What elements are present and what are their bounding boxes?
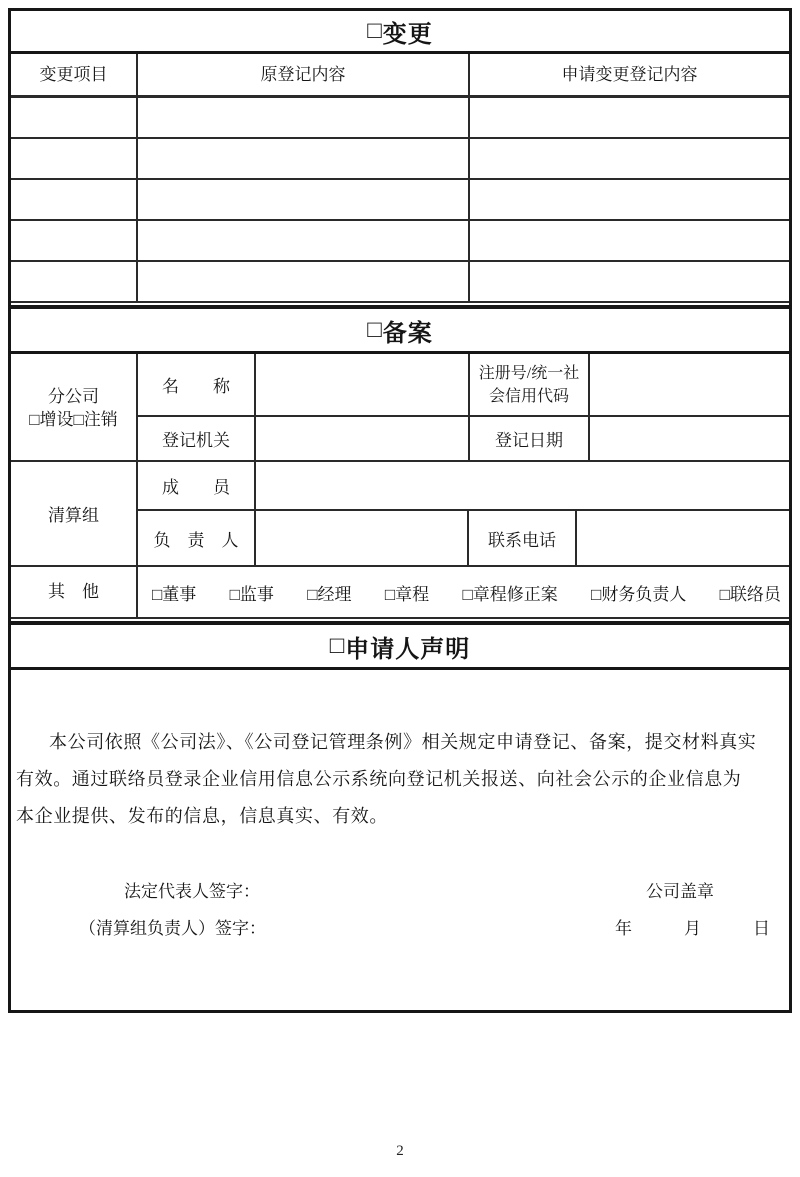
declaration-text-line: 本公司依照《公司法》、《公司登记管理条例》相关规定申请登记、备案，提交材料真实	[16, 724, 781, 761]
original-content-cell	[138, 221, 470, 260]
liquidation-grid: 清算组 成 员 负 责 人 联系电话	[11, 462, 789, 567]
section-change-title: □变更	[11, 11, 789, 54]
original-content-cell	[138, 98, 470, 137]
liquidation-sign-label: （清算组负责人）签字：	[79, 914, 266, 939]
col-header-original-content: 原登记内容	[138, 54, 470, 95]
change-table-row	[11, 180, 789, 221]
option-manager: □经理	[307, 580, 351, 605]
change-table-row	[11, 98, 789, 139]
filing-branch-grid: 分公司 □增设□注销 名 称 注册号/统一社会信用代码 登记机关 登记日期	[11, 354, 789, 462]
company-seal-label: 公司盖章	[646, 877, 714, 902]
declaration-checkbox-icon: □	[330, 633, 346, 660]
declaration-text-line: 本企业提供、发布的信息，信息真实、有效。	[16, 798, 781, 835]
branch-regno-label-cell: 注册号/统一社会信用代码	[470, 354, 590, 417]
branch-regno-label: 注册号/统一社会信用代码	[478, 362, 580, 408]
requested-content-cell	[470, 180, 789, 219]
other-options: □董事 □监事 □经理 □章程 □章程修正案 □财务负责人 □联络员	[138, 567, 789, 617]
option-director: □董事	[152, 580, 196, 605]
change-table-row	[11, 139, 789, 180]
change-header-row: 变更项目 原登记内容 申请变更登记内容	[11, 54, 789, 98]
branch-date-label: 登记日期	[470, 417, 590, 462]
liquidation-leader-input-cell	[256, 511, 469, 567]
branch-establish-cancel-checkboxes: □增设□注销	[29, 407, 118, 433]
change-item-cell	[11, 98, 138, 137]
requested-content-cell	[470, 98, 789, 137]
day-label: 日	[753, 914, 770, 939]
legal-rep-sign-label: 法定代表人签字：	[124, 877, 260, 902]
signature-row-liquidation-leader: （清算组负责人）签字： 年 月 日	[16, 914, 781, 939]
option-articles: □章程	[385, 580, 429, 605]
change-title-text: 变更	[383, 14, 433, 49]
liquidation-phone-input-cell	[577, 511, 789, 567]
original-content-cell	[138, 139, 470, 178]
branch-authority-input-cell	[256, 417, 470, 462]
branch-authority-label: 登记机关	[138, 417, 256, 462]
change-item-cell	[11, 139, 138, 178]
liquidation-leader-label: 负 责 人	[138, 511, 256, 567]
section-filing-title: □备案	[11, 305, 789, 354]
change-item-cell	[11, 180, 138, 219]
section-declaration-title: □申请人声明	[11, 621, 789, 670]
branch-label: 分公司	[48, 382, 99, 407]
original-content-cell	[138, 262, 470, 301]
change-item-cell	[11, 221, 138, 260]
change-checkbox-icon: □	[367, 18, 383, 45]
liquidation-members-label: 成 员	[138, 462, 256, 511]
change-table-row	[11, 221, 789, 262]
change-table-row	[11, 262, 789, 303]
year-label: 年	[615, 914, 632, 939]
branch-header-cell: 分公司 □增设□注销	[11, 354, 138, 462]
col-header-change-item: 变更项目	[11, 54, 138, 95]
liquidation-phone-label: 联系电话	[469, 511, 577, 567]
page-number: 2	[0, 1143, 800, 1160]
option-articles-amendment: □章程修正案	[462, 580, 557, 605]
requested-content-cell	[470, 221, 789, 260]
registration-form: □变更 变更项目 原登记内容 申请变更登记内容 □备案 分公司 □增设□注	[8, 8, 792, 1013]
requested-content-cell	[470, 139, 789, 178]
option-finance-officer: □财务负责人	[591, 580, 686, 605]
branch-name-label: 名 称	[138, 354, 256, 417]
option-liaison: □联络员	[720, 580, 781, 605]
change-item-cell	[11, 262, 138, 301]
liquidation-members-input-cell	[256, 462, 789, 511]
other-row: 其 他 □董事 □监事 □经理 □章程 □章程修正案 □财务负责人 □联络员	[11, 567, 789, 619]
original-content-cell	[138, 180, 470, 219]
branch-date-input-cell	[590, 417, 789, 462]
filing-checkbox-icon: □	[367, 317, 383, 344]
col-header-requested-content: 申请变更登记内容	[470, 54, 789, 95]
liquidation-group-label: 清算组	[11, 462, 138, 567]
branch-name-input-cell	[256, 354, 470, 417]
signature-row-legal-rep: 法定代表人签字： 公司盖章	[16, 877, 781, 902]
requested-content-cell	[470, 262, 789, 301]
branch-regno-input-cell	[590, 354, 789, 417]
declaration-title-text: 申请人声明	[345, 629, 470, 664]
declaration-text-line: 有效。通过联络员登录企业信用信息公示系统向登记机关报送、向社会公示的企业信息为	[16, 761, 781, 798]
date-fields: 年 月 日	[615, 914, 770, 939]
month-label: 月	[684, 914, 701, 939]
option-supervisor: □监事	[230, 580, 274, 605]
other-label: 其 他	[11, 567, 138, 617]
declaration-body: 本公司依照《公司法》、《公司登记管理条例》相关规定申请登记、备案，提交材料真实 …	[11, 670, 789, 1010]
filing-title-text: 备案	[383, 313, 433, 348]
